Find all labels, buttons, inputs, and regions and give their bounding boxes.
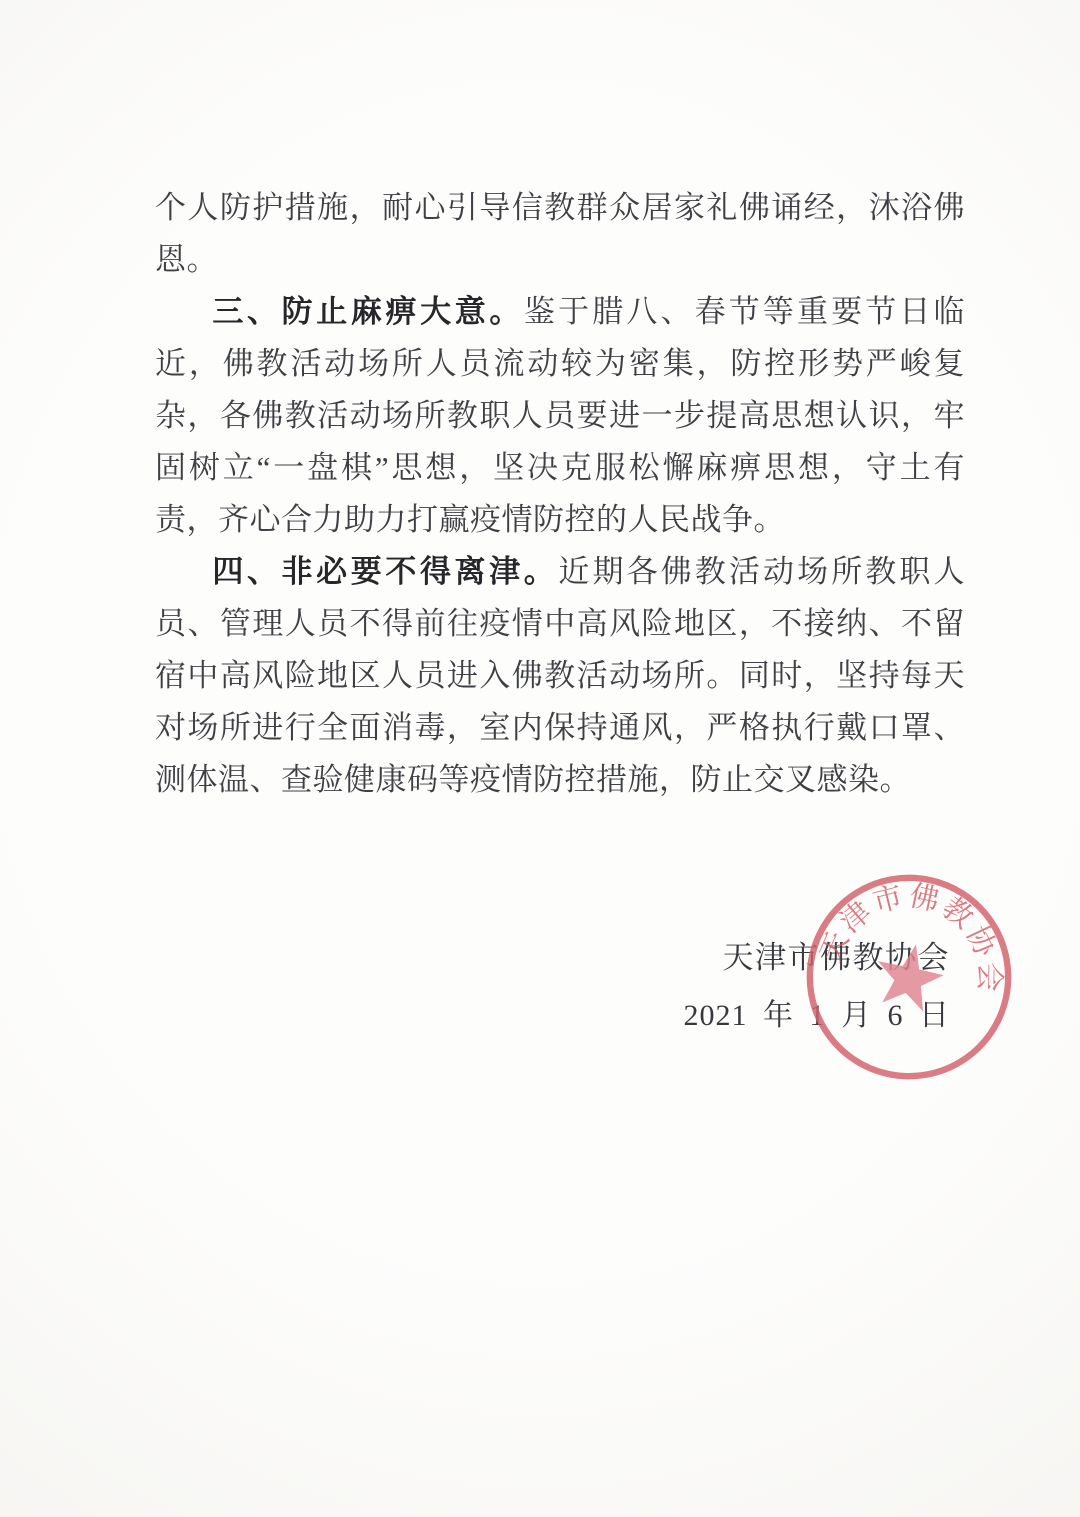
paragraph-text: 个人防护措施，耐心引导信教群众居家礼佛诵经，沐浴佛恩。: [155, 190, 965, 277]
paragraph-text: 近期各佛教活动场所教职人员、管理人员不得前往疫情中高风险地区，不接纳、不留宿中高…: [155, 554, 965, 797]
paragraph-item-3: 三、防止麻痹大意。鉴于腊八、春节等重要节日临近，佛教活动场所人员流动较为密集，防…: [155, 286, 965, 546]
signature-organization: 天津市佛教协会: [723, 932, 951, 977]
seal-ring: [801, 869, 1017, 1085]
document-page: 个人防护措施，耐心引导信教群众居家礼佛诵经，沐浴佛恩。 三、防止麻痹大意。鉴于腊…: [0, 0, 1080, 1517]
paragraph-text: 鉴于腊八、春节等重要节日临近，佛教活动场所人员流动较为密集，防控形势严峻复杂，各…: [155, 294, 965, 537]
paragraph-heading: 三、防止麻痹大意。: [212, 294, 524, 329]
paragraph-item-4: 四、非必要不得离津。近期各佛教活动场所教职人员、管理人员不得前往疫情中高风险地区…: [155, 546, 965, 806]
document-body: 个人防护措施，耐心引导信教群众居家礼佛诵经，沐浴佛恩。 三、防止麻痹大意。鉴于腊…: [155, 182, 965, 806]
official-seal-stamp: 天津市佛教协会: [801, 869, 1017, 1085]
paragraph-heading: 四、非必要不得离津。: [212, 554, 558, 589]
paragraph-continuation: 个人防护措施，耐心引导信教群众居家礼佛诵经，沐浴佛恩。: [155, 182, 965, 286]
signature-date: 2021 年 1 月 6 日: [684, 990, 951, 1034]
